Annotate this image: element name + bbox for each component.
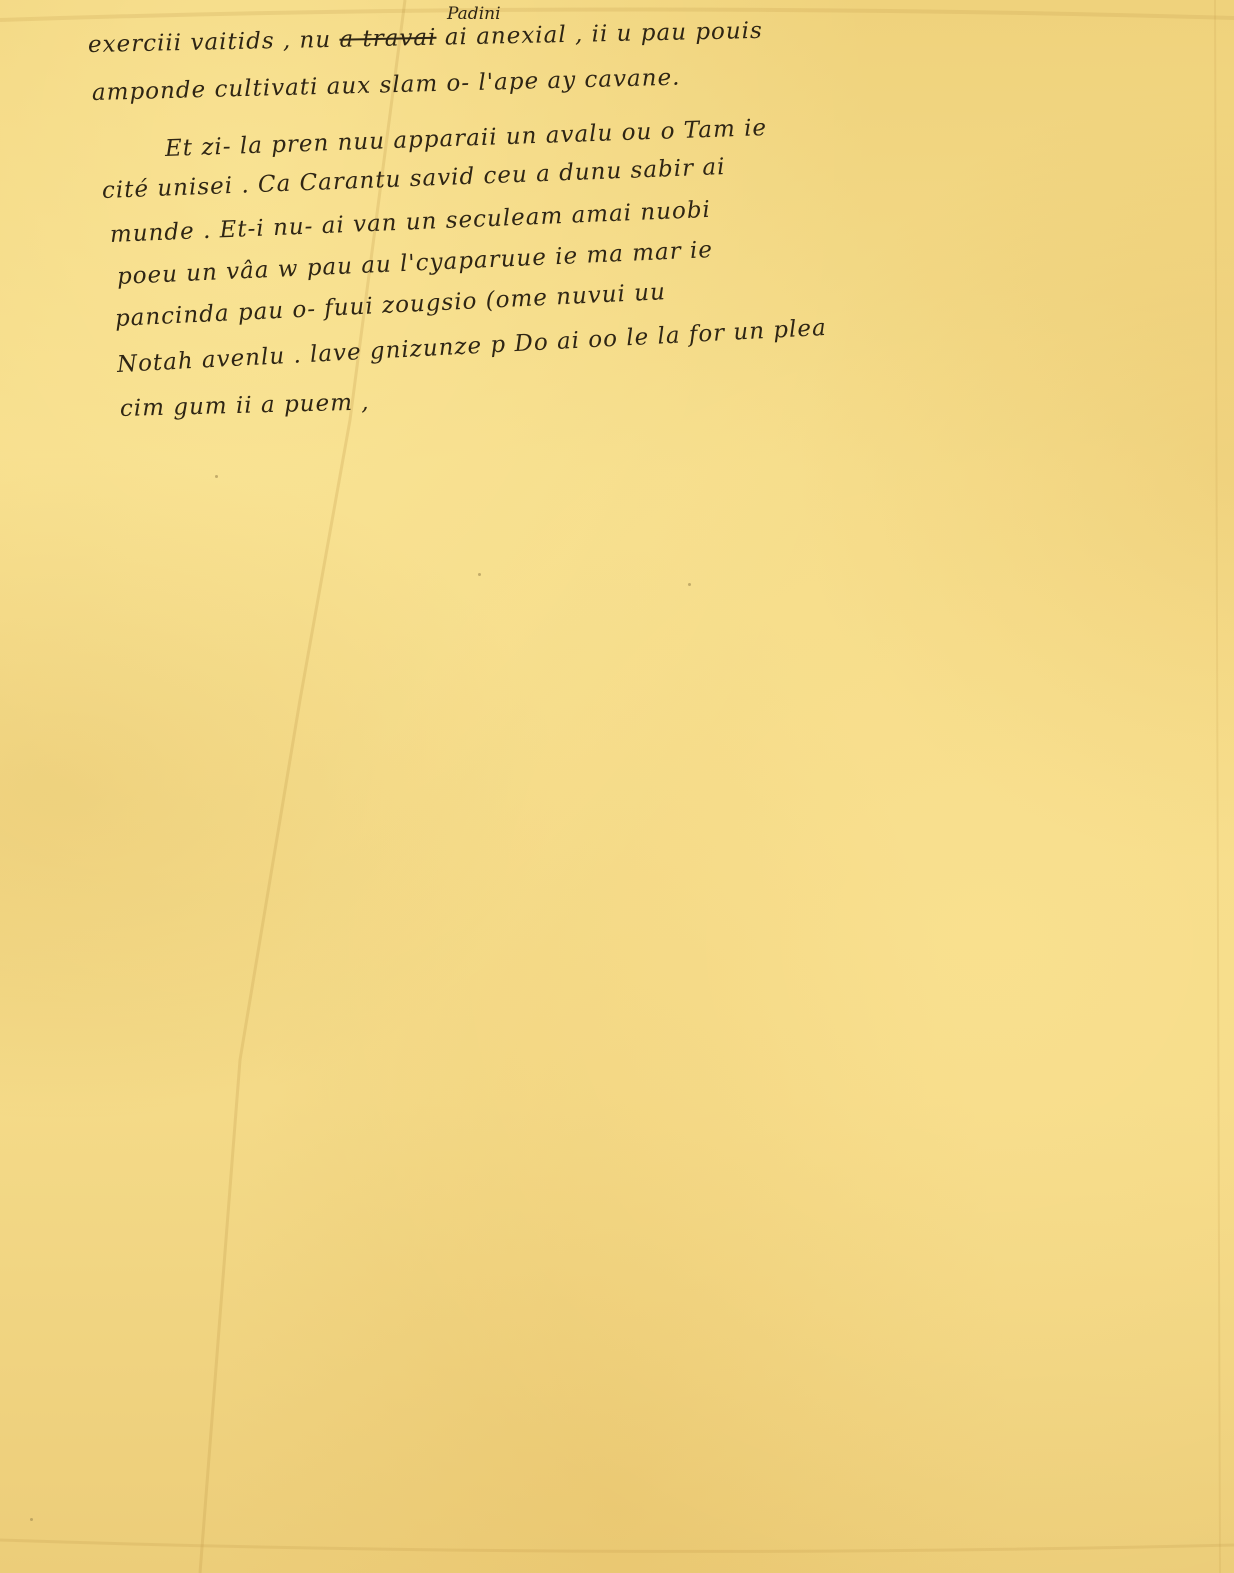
struck-word: a travai	[339, 25, 437, 53]
paper-speck	[215, 475, 218, 478]
interlinear-insertion: Padini	[447, 4, 501, 24]
paper-speck	[688, 583, 691, 586]
line-text: exerciii vaitids , nu	[88, 27, 340, 58]
paper-speck	[478, 573, 481, 576]
paper-speck	[30, 1518, 33, 1521]
